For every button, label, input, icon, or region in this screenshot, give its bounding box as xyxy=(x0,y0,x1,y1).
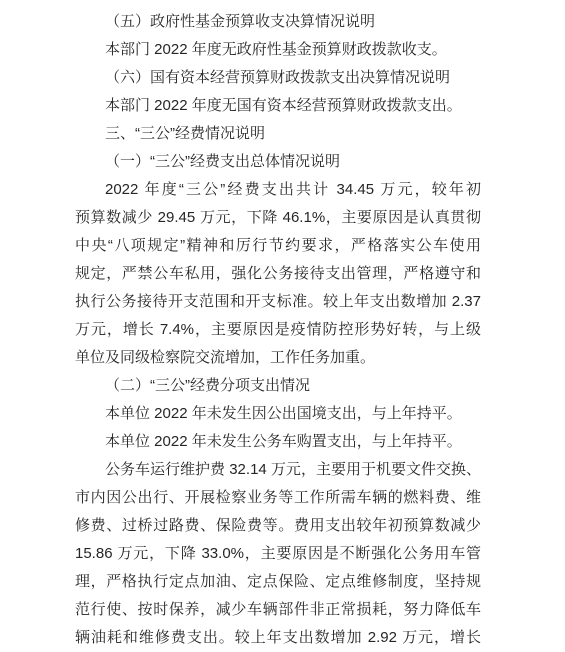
paragraph-subsection-heading: （二）“三公”经费分项支出情况 xyxy=(75,372,481,400)
document-body: （五）政府性基金预算收支决算情况说明本部门 2022 年度无政府性基金预算财政拨… xyxy=(75,8,481,652)
document-page: （五）政府性基金预算收支决算情况说明本部门 2022 年度无政府性基金预算财政拨… xyxy=(0,0,565,652)
text-line: 本部门 2022 年度无政府性基金预算财政拨款收支。 xyxy=(75,36,481,64)
text-line: （五）政府性基金预算收支决算情况说明 xyxy=(75,8,481,36)
text-line: 15.86 万元，下降 33.0%，主要原因是不断强化公务用车管 xyxy=(75,540,481,568)
text-line: 辆油耗和维修费支出。较上年支出数增加 2.92 万元，增长 xyxy=(75,624,481,652)
paragraph-body: 本单位 2022 年未发生因公出国境支出，与上年持平。 xyxy=(75,400,481,428)
text-line: 2022 年度“三公”经费支出共计 34.45 万元，较年初 xyxy=(75,176,481,204)
paragraph-body: 本部门 2022 年度无政府性基金预算财政拨款收支。 xyxy=(75,36,481,64)
paragraph-body: 本单位 2022 年未发生公务车购置支出，与上年持平。 xyxy=(75,428,481,456)
text-line: 三、“三公”经费情况说明 xyxy=(75,120,481,148)
paragraph-subsection-heading: （五）政府性基金预算收支决算情况说明 xyxy=(75,8,481,36)
text-line: 单位及同级检察院交流增加，工作任务加重。 xyxy=(75,344,481,372)
text-line: 中央“八项规定”精神和厉行节约要求，严格落实公车使用 xyxy=(75,232,481,260)
text-line: 理，严格执行定点加油、定点保险、定点维修制度，坚持规 xyxy=(75,568,481,596)
text-line: 范行使、按时保养，减少车辆部件非正常损耗，努力降低车 xyxy=(75,596,481,624)
text-line: 规定，严禁公车私用，强化公务接待支出管理，严格遵守和 xyxy=(75,260,481,288)
text-line: 本部门 2022 年度无国有资本经营预算财政拨款支出。 xyxy=(75,92,481,120)
text-line: 执行公务接待开支范围和开支标准。较上年支出数增加 2.37 xyxy=(75,288,481,316)
text-line: 本单位 2022 年未发生因公出国境支出，与上年持平。 xyxy=(75,400,481,428)
paragraph-body: 本部门 2022 年度无国有资本经营预算财政拨款支出。 xyxy=(75,92,481,120)
text-line: （一）“三公”经费支出总体情况说明 xyxy=(75,148,481,176)
paragraph-section-heading: 三、“三公”经费情况说明 xyxy=(75,120,481,148)
text-line: （二）“三公”经费分项支出情况 xyxy=(75,372,481,400)
text-line: 预算数减少 29.45 万元，下降 46.1%，主要原因是认真贯彻 xyxy=(75,204,481,232)
paragraph-body: 公务车运行维护费 32.14 万元，主要用于机要文件交换、市内因公出行、开展检察… xyxy=(75,456,481,652)
paragraph-subsection-heading: （一）“三公”经费支出总体情况说明 xyxy=(75,148,481,176)
text-line: 修费、过桥过路费、保险费等。费用支出较年初预算数减少 xyxy=(75,512,481,540)
text-line: 本单位 2022 年未发生公务车购置支出，与上年持平。 xyxy=(75,428,481,456)
text-line: 公务车运行维护费 32.14 万元，主要用于机要文件交换、 xyxy=(75,456,481,484)
text-line: （六）国有资本经营预算财政拨款支出决算情况说明 xyxy=(75,64,481,92)
paragraph-body: 2022 年度“三公”经费支出共计 34.45 万元，较年初预算数减少 29.4… xyxy=(75,176,481,372)
text-line: 万元，增长 7.4%，主要原因是疫情防控形势好转，与上级 xyxy=(75,316,481,344)
paragraph-subsection-heading: （六）国有资本经营预算财政拨款支出决算情况说明 xyxy=(75,64,481,92)
text-line: 市内因公出行、开展检察业务等工作所需车辆的燃料费、维 xyxy=(75,484,481,512)
